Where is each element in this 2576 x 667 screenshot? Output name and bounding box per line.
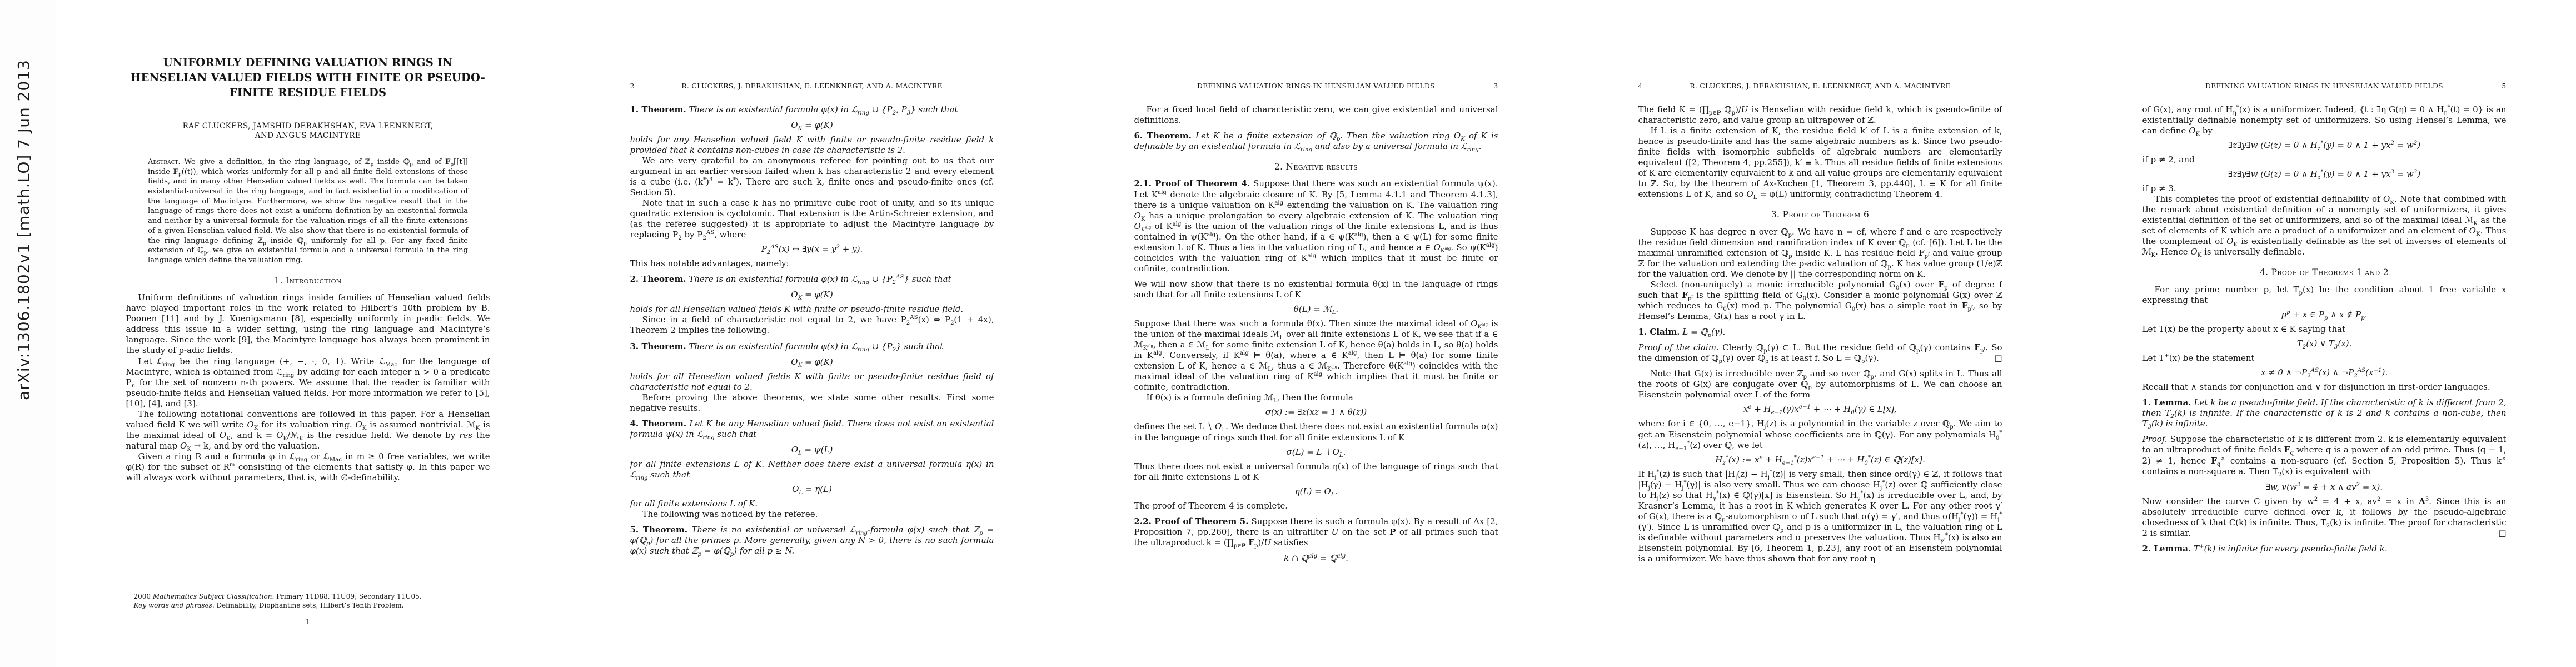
block-label: 4. Theorem. [630, 419, 687, 429]
section-heading: 3. Proof of Theorem 6 [1638, 210, 2002, 221]
block-label: 3. Theorem. [630, 341, 686, 351]
proof-paragraph: Proof of the claim. Clearly ℚp(γ) ⊂ L. B… [1638, 342, 2002, 364]
paragraph: where for i ∈ {0, …, e−1}, Hj(z) is a po… [1638, 419, 2002, 450]
block-label: 2.1. Proof of Theorem 4. [1134, 178, 1250, 188]
page-3: DEFINING VALUATION RINGS IN HENSELIAN VA… [1064, 0, 1568, 667]
display-math: OL = η(L) [630, 484, 994, 495]
theorem: 4. Theorem. Let K be any Henselian value… [630, 419, 994, 440]
display-math: k ∩ ℚalg = ℚalg. [1134, 553, 1498, 564]
block-text: L = ℚp(γ). [1682, 327, 1725, 337]
running-title: DEFINING VALUATION RINGS IN HENSELIAN VA… [1197, 82, 1435, 90]
paragraph: Since in a field of characteristic not e… [630, 315, 994, 336]
page-4-content: 4R. CLUCKERS, J. DERAKHSHAN, E. LEENKNEG… [1638, 0, 2002, 667]
theorem-continuation: for all finite extensions L of K. Neithe… [630, 459, 994, 480]
proof-paragraph: 2.2. Proof of Theorem 5. Suppose there i… [1134, 516, 1498, 548]
running-header: 2R. CLUCKERS, J. DERAKHSHAN, E. LEENKNEG… [630, 82, 994, 91]
page-1-content: UNIFORMLY DEFINING VALUATION RINGS IN HE… [126, 0, 490, 667]
page-4: 4R. CLUCKERS, J. DERAKHSHAN, E. LEENKNEG… [1568, 0, 2072, 667]
page-number: 2 [630, 82, 635, 91]
display-math: Hz*(x) := xe + He−1*(z)xe−1 + ⋯ + H0*(z)… [1638, 455, 2002, 465]
paragraph: This has notable advantages, namely: [630, 258, 994, 269]
paragraph: The proof of Theorem 4 is complete. [1134, 501, 1498, 511]
paragraph: if p ≠ 3. [2142, 183, 2507, 194]
page-5-content: DEFINING VALUATION RINGS IN HENSELIAN VA… [2142, 0, 2507, 667]
theorem: 1. Theorem. There is an existential form… [630, 104, 994, 115]
block-label: 5. Theorem. [630, 525, 688, 535]
theorem: 2. Lemma. T+(k) is infinite for every ps… [2142, 544, 2507, 554]
page-number-bottom: 1 [126, 618, 490, 628]
display-math: OK = φ(K) [630, 290, 994, 300]
qed-box: □ [2498, 528, 2506, 539]
paragraph: The following notational conventions are… [126, 409, 490, 451]
block-label: 1. Claim. [1638, 327, 1680, 337]
page-3-content: DEFINING VALUATION RINGS IN HENSELIAN VA… [1134, 0, 1498, 667]
theorem-continuation: holds for all Henselian valued fields K … [630, 371, 994, 392]
display-math: σ(x) := ∃z(xz = 1 ∧ θ(z)) [1134, 407, 1498, 417]
arxiv-watermark: arXiv:1306.1802v1 [math.LO] 7 Jun 2013 [0, 0, 56, 667]
display-math: η(L) = OL. [1134, 486, 1498, 497]
paragraph: Let ℒring be the ring language (+, −, ·,… [126, 356, 490, 409]
theorem: 3. Theorem. There is an existential form… [630, 341, 994, 352]
running-header: DEFINING VALUATION RINGS IN HENSELIAN VA… [1134, 82, 1498, 91]
paragraph: Suppose that there was such a formula θ(… [1134, 318, 1498, 392]
display-math: P2AS(x) ⇔ ∃y(x = y2 + y). [630, 244, 994, 255]
page-2-content: 2R. CLUCKERS, J. DERAKHSHAN, E. LEENKNEG… [630, 0, 994, 667]
paragraph: Recall that ∧ stands for conjunction and… [2142, 382, 2507, 392]
paragraph: Let T+(x) be the statement [2142, 353, 2507, 364]
arxiv-id-text: arXiv:1306.1802v1 [math.LO] 7 Jun 2013 [14, 83, 33, 400]
section-heading: 4. Proof of Theorems 1 and 2 [2142, 267, 2507, 278]
abstract: Abstract. We give a definition, in the r… [148, 157, 468, 266]
qed-box: □ [1994, 353, 2002, 364]
paragraph: For a fixed local field of characteristi… [1134, 104, 1498, 126]
paragraph: Uniform definitions of valuation rings i… [126, 292, 490, 356]
display-math: ∃w, v(w2 = 4 + x ∧ av2 = x). [2142, 482, 2507, 492]
theorem-continuation: for all finite extensions L of K. [630, 499, 994, 509]
paragraph: If Hj*(z) is such that |Hj(z) − Hj*(z)| … [1638, 469, 2002, 564]
paragraph: defines the set L ∖ OL. We deduce that t… [1134, 421, 1498, 442]
page-number: 5 [2502, 82, 2506, 91]
footnotes: 2000 Mathematics Subject Classification.… [126, 589, 490, 610]
paragraph: Now consider the curve C given by w2 = 4… [2142, 496, 2507, 539]
block-label: Proof. [2142, 434, 2168, 444]
section-heading: 2. Negative results [1134, 162, 1498, 173]
block-text: Suppose that there was such an existenti… [1134, 178, 1498, 273]
running-header: 4R. CLUCKERS, J. DERAKHSHAN, E. LEENKNEG… [1638, 82, 2002, 91]
page-5: DEFINING VALUATION RINGS IN HENSELIAN VA… [2072, 0, 2576, 667]
proof-paragraph: 2.1. Proof of Theorem 4. Suppose that th… [1134, 178, 1498, 273]
display-math: T2(x) ∨ T3(x). [2142, 339, 2507, 349]
footnote-rule [126, 589, 230, 589]
theorem: 6. Theorem. Let K be a finite extension … [1134, 131, 1498, 152]
section-heading: 1. Introduction [126, 276, 490, 287]
block-text: Let k be a pseudo-finite field. If the c… [2142, 397, 2507, 429]
block-text: Suppose the characteristic of k is diffe… [2142, 434, 2507, 476]
paragraph: The following was noticed by the referee… [630, 509, 994, 520]
block-text: There is an existential formula φ(x) in … [689, 104, 958, 115]
paragraph: Given a ring R and a formula φ in ℒring … [126, 451, 490, 483]
block-label: 1. Lemma. [2142, 397, 2191, 407]
display-math: σ(L) = L ∖ OL. [1134, 447, 1498, 457]
page-1: UNIFORMLY DEFINING VALUATION RINGS IN HE… [56, 0, 560, 667]
paragraph: Let T(x) be the property about x ∈ K say… [2142, 324, 2507, 335]
proof-paragraph: Proof. Suppose the characteristic of k i… [2142, 434, 2507, 476]
footnote-line: 2000 Mathematics Subject Classification.… [126, 592, 490, 601]
block-label: 2.2. Proof of Theorem 5. [1134, 516, 1249, 526]
block-label: 2. Lemma. [2142, 544, 2191, 554]
paragraph: If θ(x) is a formula defining ℳL, then t… [1134, 392, 1498, 403]
display-math: ∃z∃y∃w (G(z) = 0 ∧ Hz*(y) = 0 ∧ 1 + yx3 … [2142, 169, 2507, 180]
paragraph: Suppose K has degree n over ℚp. We have … [1638, 227, 2002, 280]
block-label: 2. Theorem. [630, 274, 686, 284]
display-math: ∃z∃y∃w (G(z) = 0 ∧ Hz*(y) = 0 ∧ 1 + yx2 … [2142, 140, 2507, 151]
paragraph: This completes the proof of existential … [2142, 194, 2507, 257]
theorem: 1. Lemma. Let k be a pseudo-finite field… [2142, 397, 2507, 429]
block-label: Proof of the claim. [1638, 342, 1719, 352]
theorem-continuation: holds for any Henselian valued field K w… [630, 135, 994, 156]
paragraph: The field K = (∏p∈P ℚp)/U is Henselian w… [1638, 104, 2002, 126]
paragraph: Note that G(x) is irreducible over ℤp an… [1638, 369, 2002, 400]
block-label: 1. Theorem. [630, 104, 686, 115]
paragraph: if p ≠ 2, and [2142, 155, 2507, 165]
running-title: R. CLUCKERS, J. DERAKHSHAN, E. LEENKNEGT… [1690, 82, 1951, 90]
theorem: 2. Theorem. There is an existential form… [630, 274, 994, 285]
paragraph: Select (non-uniquely) a monic irreducibl… [1638, 280, 2002, 322]
paragraph: We will now show that there is no existe… [1134, 279, 1498, 300]
theorem: 5. Theorem. There is no existential or u… [630, 525, 994, 556]
running-title: DEFINING VALUATION RINGS IN HENSELIAN VA… [2205, 82, 2443, 90]
paragraph: We are very grateful to an anonymous ref… [630, 156, 994, 198]
display-math: OL = ψ(L) [630, 445, 994, 455]
display-math: x ≠ 0 ∧ ¬P2AS(x) ∧ ¬P2AS(x−1). [2142, 367, 2507, 378]
page-number: 3 [1493, 82, 1498, 91]
display-math: xe + He−1(γ)xe−1 + ⋯ + H0(γ) ∈ L[x], [1638, 404, 2002, 415]
theorem-continuation: holds for all Henselian valued fields K … [630, 304, 994, 315]
page-number: 4 [1638, 82, 1643, 91]
page-2: 2R. CLUCKERS, J. DERAKHSHAN, E. LEENKNEG… [560, 0, 1064, 667]
paragraph: If L is a finite extension of K, the res… [1638, 126, 2002, 200]
block-text: T+(k) is infinite for every pseudo-finit… [2194, 544, 2388, 554]
block-text: There is an existential formula φ(x) in … [689, 341, 943, 351]
paragraph: Before proving the above theorems, we st… [630, 392, 994, 414]
paper-title: UNIFORMLY DEFINING VALUATION RINGS IN HE… [126, 56, 490, 101]
block-text: There is an existential formula φ(x) in … [689, 274, 951, 284]
display-math: OK = φ(K) [630, 357, 994, 367]
running-title: R. CLUCKERS, J. DERAKHSHAN, E. LEENKNEGT… [681, 82, 943, 90]
paper-spread: arXiv:1306.1802v1 [math.LO] 7 Jun 2013 U… [0, 0, 2576, 667]
display-math: OK = φ(K) [630, 120, 994, 131]
footnote-line: Key words and phrases. Definability, Dio… [126, 601, 490, 610]
paragraph: of G(x), any root of Hη*(x) is a uniform… [2142, 104, 2507, 136]
block-label: 6. Theorem. [1134, 131, 1192, 141]
running-header: DEFINING VALUATION RINGS IN HENSELIAN VA… [2142, 82, 2507, 91]
display-math: θ(L) = ℳL. [1134, 304, 1498, 315]
theorem: 1. Claim. L = ℚp(γ). [1638, 327, 2002, 337]
paper-authors: RAF CLUCKERS, JAMSHID DERAKHSHAN, EVA LE… [177, 122, 439, 141]
paragraph: Thus there does not exist a universal fo… [1134, 461, 1498, 482]
paragraph: For any prime number p, let Tp(x) be the… [2142, 285, 2507, 306]
paragraph: Note that in such a case k has no primit… [630, 198, 994, 240]
display-math: pp + x ∈ Pp ∧ x ∉ Pp. [2142, 310, 2507, 320]
